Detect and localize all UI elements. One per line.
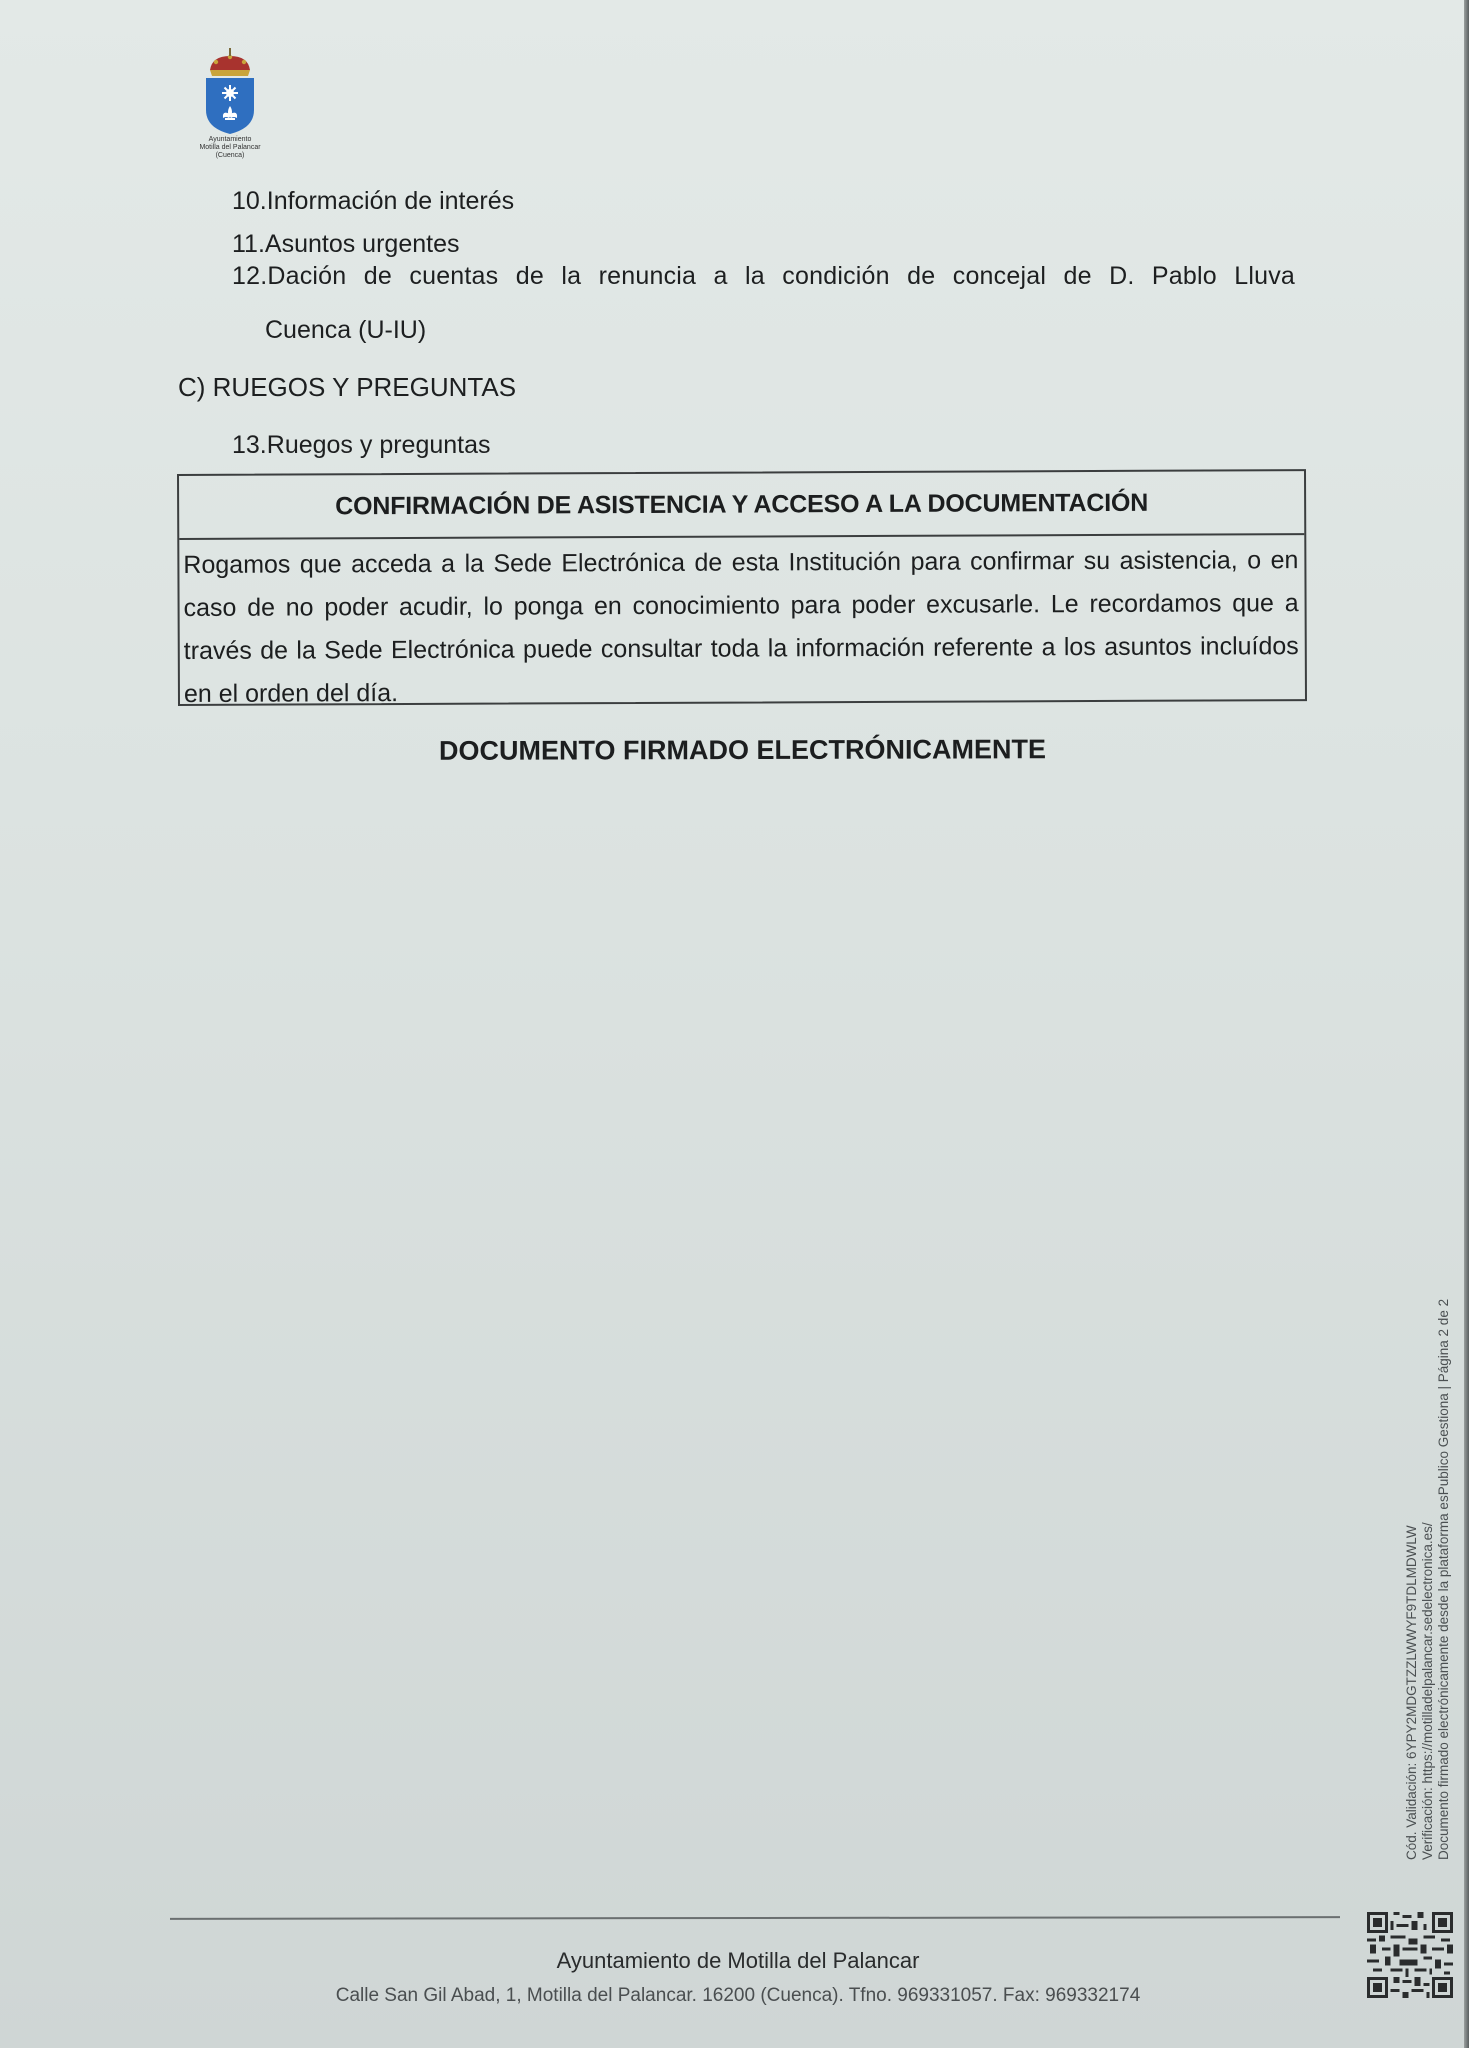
item-number: 13. — [232, 431, 267, 459]
agenda-item-11: 11.Asuntos urgentes — [232, 230, 459, 259]
verification-url: Verificación: https://motilladelpalancar… — [1420, 1299, 1436, 1860]
item-number: 10. — [232, 187, 267, 215]
section-heading-ruegos: C) RUEGOS Y PREGUNTAS — [178, 372, 516, 403]
agenda-item-12-continuation: Cuenca (U-IU) — [265, 316, 426, 345]
logo-caption-line: (Cuenca) — [180, 152, 280, 160]
item-text: Información de interés — [267, 187, 514, 215]
signature-platform-note: Documento firmado electrónicamente desde… — [1436, 1299, 1452, 1860]
footer-address: Calle San Gil Abad, 1, Motilla del Palan… — [0, 1985, 1469, 2007]
item-number: 11. — [232, 230, 265, 258]
signed-notice: DOCUMENTO FIRMADO ELECTRÓNICAMENTE — [0, 733, 1469, 768]
confirmation-box-body: Rogamos que acceda a la Sede Electrónica… — [179, 535, 1305, 716]
agenda-item-12: 12.Dación de cuentas de la renuncia a la… — [232, 262, 1295, 291]
footer-institution-name: Ayuntamiento de Motilla del Palancar — [0, 1948, 1469, 1974]
confirmation-box: CONFIRMACIÓN DE ASISTENCIA Y ACCESO A LA… — [177, 469, 1307, 706]
confirmation-box-title: CONFIRMACIÓN DE ASISTENCIA Y ACCESO A LA… — [179, 471, 1304, 540]
validation-code: Cód. Validación: 6YPY2MDGTZZLWWYF9TDLMDW… — [1404, 1299, 1420, 1860]
logo-caption-line: Motilla del Palancar — [180, 144, 280, 152]
validation-stamp: Cód. Validación: 6YPY2MDGTZZLWWYF9TDLMDW… — [1404, 1299, 1452, 1860]
municipal-logo: Ayuntamiento Motilla del Palancar (Cuenc… — [180, 48, 280, 160]
item-text: Asuntos urgentes — [265, 230, 460, 258]
page-edge-shadow — [1464, 0, 1469, 2048]
logo-caption: Ayuntamiento Motilla del Palancar (Cuenc… — [180, 136, 280, 160]
qr-code-icon — [1367, 1910, 1453, 2000]
document-page: Ayuntamiento Motilla del Palancar (Cuenc… — [0, 0, 1466, 2048]
item-text: Dación de cuentas de la renuncia a la co… — [267, 262, 1295, 290]
agenda-item-10: 10.Información de interés — [232, 187, 514, 216]
item-number: 12. — [232, 262, 267, 290]
coat-of-arms-icon — [202, 48, 258, 134]
logo-caption-line: Ayuntamiento — [180, 136, 280, 144]
agenda-item-13: 13.Ruegos y preguntas — [232, 431, 491, 460]
footer-divider — [170, 1916, 1340, 1920]
item-text: Ruegos y preguntas — [267, 431, 491, 459]
